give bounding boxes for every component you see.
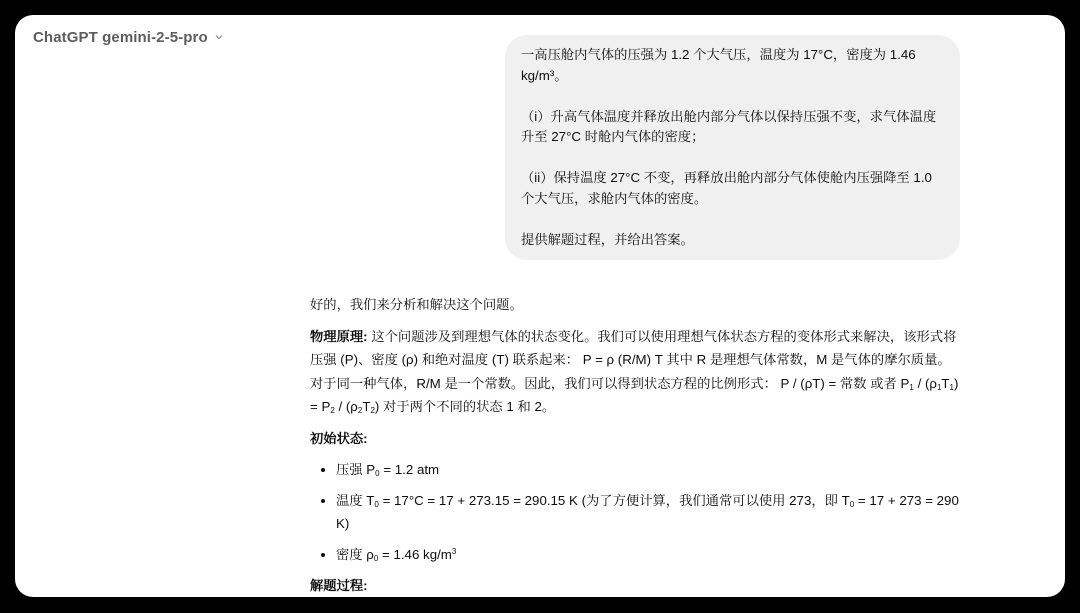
principle-text: 这个问题涉及到理想气体的状态变化。我们可以使用理想气体状态方程的变体形式来解决，… [310, 329, 956, 391]
superscript: 3 [452, 547, 456, 556]
solution-label: 解题过程: [310, 578, 368, 593]
item-text: = 17°C = 17 + 273.15 = 290.15 K (为了方便计算，… [379, 493, 850, 508]
principle-text: / (ρ [914, 376, 937, 391]
assistant-message: 好的，我们来分析和解决这个问题。 物理原理: 这个问题涉及到理想气体的状态变化。… [310, 293, 960, 597]
model-name-label: ChatGPT gemini-2-5-pro [33, 29, 208, 46]
initial-state-label: 初始状态: [310, 431, 368, 446]
user-message-part-i: （i）升高气体温度并释放出舱内部分气体以保持压强不变，求气体温度升至 27°C … [521, 107, 942, 148]
user-message-problem: 一高压舱内气体的压强为 1.2 个大气压，温度为 17°C，密度为 1.46 k… [521, 45, 942, 86]
principle-text: / (ρ [335, 399, 358, 414]
item-text: = 1.2 atm [380, 462, 440, 477]
principle-text: ) 对于两个不同的状态 1 和 2。 [375, 399, 555, 414]
user-message-bubble: 一高压舱内气体的压强为 1.2 个大气压，温度为 17°C，密度为 1.46 k… [505, 35, 960, 260]
user-message-part-ii: （ii）保持温度 27°C 不变，再释放出舱内部分气体使舱内压强降至 1.0 个… [521, 168, 942, 209]
assistant-intro: 好的，我们来分析和解决这个问题。 [310, 293, 960, 317]
list-item-density: 密度 ρ0 = 1.46 kg/m3 [336, 543, 960, 567]
model-selector[interactable]: ChatGPT gemini-2-5-pro [33, 27, 224, 47]
item-text: 密度 ρ [336, 547, 374, 562]
item-text: 温度 T [336, 493, 374, 508]
chevron-down-icon [214, 32, 224, 42]
chat-window: ChatGPT gemini-2-5-pro 一高压舱内气体的压强为 1.2 个… [15, 15, 1065, 597]
assistant-principle: 物理原理: 这个问题涉及到理想气体的状态变化。我们可以使用理想气体状态方程的变体… [310, 325, 960, 419]
item-text: 压强 P [336, 462, 375, 477]
list-item-pressure: 压强 P0 = 1.2 atm [336, 458, 960, 482]
initial-state-heading: 初始状态: [310, 427, 960, 451]
list-item-temperature: 温度 T0 = 17°C = 17 + 273.15 = 290.15 K (为… [336, 489, 960, 536]
item-text: = 1.46 kg/m [378, 547, 452, 562]
initial-state-list: 压强 P0 = 1.2 atm 温度 T0 = 17°C = 17 + 273.… [310, 458, 960, 566]
solution-heading: 解题过程: [310, 574, 960, 597]
principle-label: 物理原理: [310, 329, 368, 344]
user-message-request: 提供解题过程，并给出答案。 [521, 230, 942, 251]
principle-text: T [941, 376, 949, 391]
